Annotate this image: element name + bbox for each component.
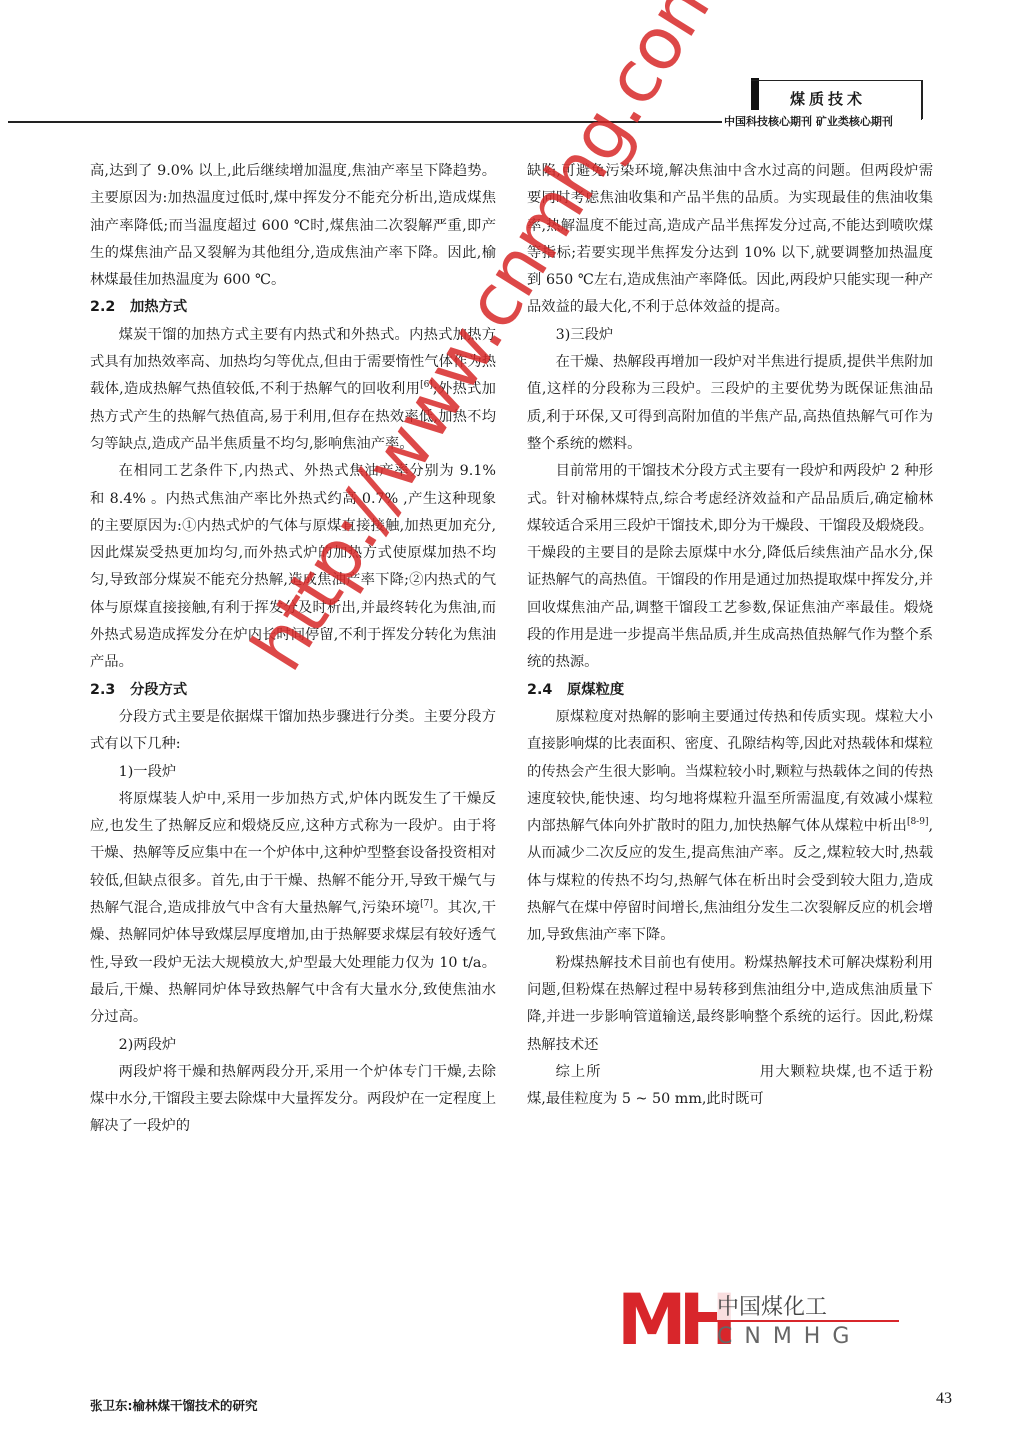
page-number: 43 [936, 1390, 952, 1408]
paragraph: 分段方式主要是依据煤干馏加热步骤进行分类。主要分段方式有以下几种: [90, 704, 496, 759]
list-item-heading: 3)三段炉 [527, 322, 933, 349]
paragraph: 将原煤装人炉中,采用一步加热方式,炉体内既发生了干燥反应,也发生了热解反应和煅烧… [90, 786, 496, 1032]
logo-mark: MH [617, 1288, 707, 1352]
section-heading-2-3: 2.3分段方式 [90, 677, 496, 704]
paragraph: 缺陷,可避免污染环境,解决焦油中含水过高的问题。但两段炉需要同时考虑焦油收集和产… [527, 158, 933, 322]
paragraph: 目前常用的干馏技术分段方式主要有一段炉和两段炉 2 种形式。针对榆林煤特点,综合… [527, 458, 933, 676]
paragraph: 煤炭干馏的加热方式主要有内热式和外热式。内热式加热方式具有加热效率高、加热均匀等… [90, 322, 496, 458]
paragraph: 高,达到了 9.0% 以上,此后继续增加温度,焦油产率呈下降趋势。主要原因为:加… [90, 158, 496, 294]
header-frame-right [921, 80, 922, 120]
paragraph: 粉煤热解技术目前也有使用。粉煤热解技术可解决煤粉利用问题,但粉煤在热解过程中易转… [527, 950, 933, 1059]
logo-english-text: CNMHG [717, 1324, 861, 1349]
list-item-heading: 1)一段炉 [90, 759, 496, 786]
list-item-heading: 2)两段炉 [90, 1032, 496, 1059]
section-title: 煤质技术 [790, 88, 866, 109]
running-title: 张卫东:榆林煤干馏技术的研究 [90, 1396, 258, 1414]
logo-divider [717, 1320, 899, 1322]
logo-chinese-text: 中国煤化工 [717, 1290, 827, 1321]
citation: [8-9] [907, 817, 929, 827]
citation: [7] [420, 899, 433, 909]
journal-tags: 中国科技核心期刊 矿业类核心期刊 [724, 113, 893, 129]
paragraph: 在相同工艺条件下,内热式、外热式焦油产率分别为 9.1% 和 8.4% 。内热式… [90, 458, 496, 676]
citation: [6] [420, 381, 433, 391]
cnmhg-logo: MH 中国煤化工 CNMHG [617, 1288, 917, 1358]
paragraph: 两段炉将干燥和热解两段分开,采用一个炉体专门干燥,去除煤中水分,干馏段主要去除煤… [90, 1059, 496, 1141]
right-column: 缺陷,可避免污染环境,解决焦油中含水过高的问题。但两段炉需要同时考虑焦油收集和产… [527, 158, 933, 1113]
header-rule [8, 121, 722, 123]
left-column: 高,达到了 9.0% 以上,此后继续增加温度,焦油产率呈下降趋势。主要原因为:加… [90, 158, 496, 1141]
paragraph: 在干燥、热解段再增加一段炉对半焦进行提质,提供半焦附加值,这样的分段称为三段炉。… [527, 349, 933, 458]
section-heading-2-2: 2.2加热方式 [90, 294, 496, 321]
section-heading-2-4: 2.4原煤粒度 [527, 677, 933, 704]
paragraph: 原煤粒度对热解的影响主要通过传热和传质实现。煤粒大小直接影响煤的比表面积、密度、… [527, 704, 933, 950]
paragraph: 综上所 用大颗粒块煤,也不适于粉煤,最佳粒度为 5 ~ 50 mm,此时既可 [527, 1059, 933, 1114]
